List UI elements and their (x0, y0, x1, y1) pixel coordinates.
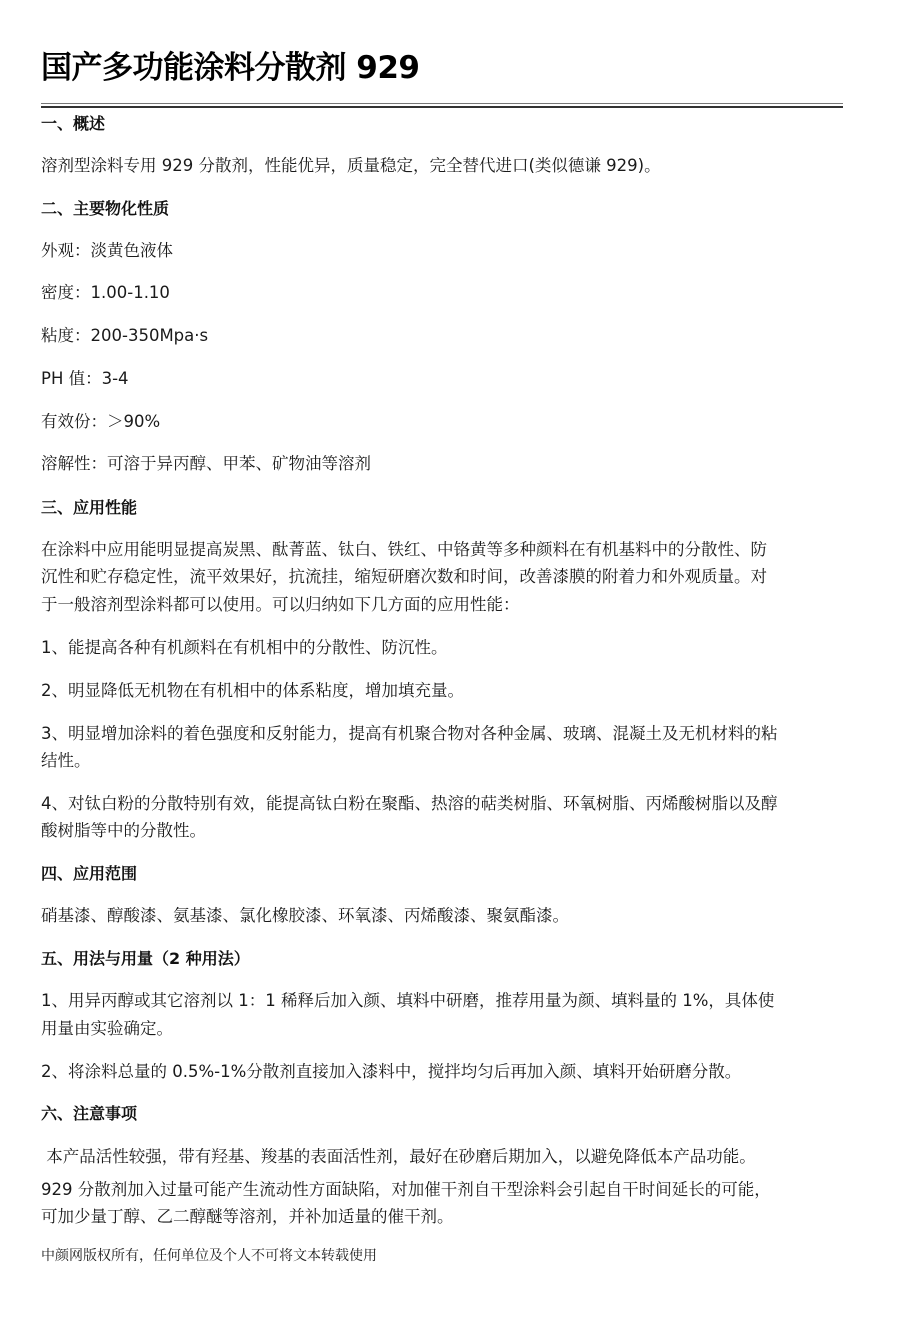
notes-line-3: 可加少量丁醇、乙二醇醚等溶剂，并补加适量的催干剂。 (41, 1203, 843, 1230)
performance-point-4-line-2: 酸树脂等中的分散性。 (41, 817, 843, 844)
property-active-content: 有效份：＞90% (41, 408, 843, 435)
section-heading-notes: 六、注意事项 (41, 1100, 843, 1127)
usage-method-1-line-2: 用量由实验确定。 (41, 1015, 843, 1042)
performance-point-1: 1、能提高各种有机颜料在有机相中的分散性、防沉性。 (41, 634, 843, 661)
performance-point-3-line-2: 结性。 (41, 747, 843, 774)
property-density: 密度：1.00-1.10 (41, 279, 843, 306)
section-heading-performance: 三、应用性能 (41, 494, 843, 521)
document-title: 国产多功能涂料分散剂 929 (41, 48, 420, 88)
section-heading-overview: 一、概述 (41, 110, 843, 137)
performance-intro-line-1: 在涂料中应用能明显提高炭黑、酞菁蓝、钛白、铁红、中铬黄等多种颜料在有机基料中的分… (41, 536, 843, 563)
property-ph: PH 值：3-4 (41, 365, 843, 392)
notes-line-1: 本产品活性较强，带有羟基、羧基的表面活性剂，最好在砂磨后期加入，以避免降低本产品… (41, 1143, 843, 1170)
overview-text: 溶剂型涂料专用 929 分散剂，性能优异，质量稳定，完全替代进口(类似德谦 92… (41, 152, 843, 179)
performance-intro-line-2: 沉性和贮存稳定性，流平效果好，抗流挂，缩短研磨次数和时间，改善漆膜的附着力和外观… (41, 563, 843, 590)
usage-method-1-line-1: 1、用异丙醇或其它溶剂以 1：1 稀释后加入颜、填料中研磨，推荐用量为颜、填料量… (41, 987, 843, 1014)
copyright-footer: 中颜网版权所有，任何单位及个人不可将文本转载使用 (41, 1243, 843, 1270)
performance-point-2: 2、明显降低无机物在有机相中的体系粘度，增加填充量。 (41, 677, 843, 704)
property-appearance: 外观：淡黄色液体 (41, 237, 843, 264)
title-divider-thick (41, 106, 843, 108)
section-heading-properties: 二、主要物化性质 (41, 195, 843, 222)
performance-point-3-line-1: 3、明显增加涂料的着色强度和反射能力，提高有机聚合物对各种金属、玻璃、混凝土及无… (41, 720, 843, 747)
title-divider-thin (41, 103, 843, 104)
performance-point-4-line-1: 4、对钛白粉的分散特别有效，能提高钛白粉在聚酯、热溶的萜类树脂、环氧树脂、丙烯酸… (41, 790, 843, 817)
performance-intro-line-3: 于一般溶剂型涂料都可以使用。可以归纳如下几方面的应用性能： (41, 591, 843, 618)
property-viscosity: 粘度：200-350Mpa·s (41, 322, 843, 349)
scope-text: 硝基漆、醇酸漆、氨基漆、氯化橡胶漆、环氧漆、丙烯酸漆、聚氨酯漆。 (41, 902, 843, 929)
notes-line-2: 929 分散剂加入过量可能产生流动性方面缺陷，对加催干剂自干型涂料会引起自干时间… (41, 1176, 843, 1203)
usage-method-2: 2、将涂料总量的 0.5%-1%分散剂直接加入漆料中，搅拌均匀后再加入颜、填料开… (41, 1058, 843, 1085)
section-heading-scope: 四、应用范围 (41, 860, 843, 887)
property-solubility: 溶解性：可溶于异丙醇、甲苯、矿物油等溶剂 (41, 450, 843, 477)
section-heading-usage: 五、用法与用量（2 种用法） (41, 945, 843, 972)
